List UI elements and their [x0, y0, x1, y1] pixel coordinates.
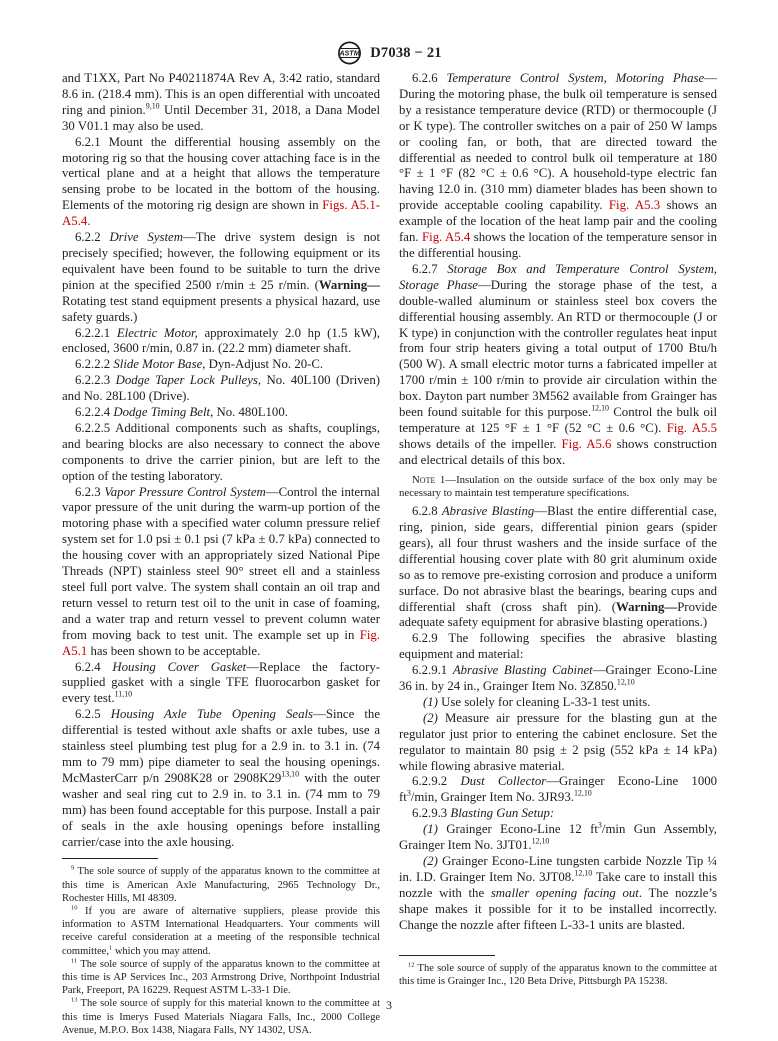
right-column: 6.2.6 Temperature Control System, Motori… — [399, 71, 717, 988]
right-footnotes-text: 12 The sole source of supply of the appa… — [399, 962, 717, 988]
figure-link[interactable]: Fig. A5.6 — [562, 437, 612, 451]
italic-run: Blasting Gun Setup: — [450, 806, 554, 820]
paragraph: 6.2.9.2 Dust Collector—Grainger Econo-Li… — [399, 774, 717, 806]
right-column-spacer — [399, 934, 717, 955]
italic-run: Electric Motor, — [117, 326, 198, 340]
two-column-body: and T1XX, Part No P40211874A Rev A, 3:42… — [62, 71, 717, 988]
page-number: 3 — [386, 998, 392, 1012]
text-run: shows details of the impeller. — [399, 437, 562, 451]
text-run: 6.2.9.1 — [412, 663, 453, 677]
text-run: No. 480L100. — [213, 405, 288, 419]
footnote: 11 The sole source of supply of the appa… — [62, 958, 380, 998]
italic-run: Dodge Timing Belt, — [113, 405, 213, 419]
bold-run: Warning— — [616, 600, 677, 614]
text-run: 6.2.9.3 — [412, 806, 450, 820]
superscript-ref: 12,10 — [574, 789, 592, 798]
page-footer: 3 — [0, 998, 778, 1013]
paragraph: 6.2.2.3 Dodge Taper Lock Pulleys, No. 40… — [62, 373, 380, 405]
footnote: 10 If you are aware of alternative suppl… — [62, 905, 380, 958]
document-page: ASTM D7038 − 21 and T1XX, Part No P40211… — [0, 0, 778, 1041]
text-run: 6.2.4 — [75, 660, 112, 674]
text-run: 6.2.9.2 — [412, 774, 460, 788]
text-run: —Insulation on the outside surface of th… — [399, 474, 717, 499]
text-run: 6.2.2.1 — [75, 326, 117, 340]
text-run: has been shown to be acceptable. — [87, 644, 260, 658]
superscript-ref: 12,10 — [532, 837, 550, 846]
paragraph: and T1XX, Part No P40211874A Rev A, 3:42… — [62, 71, 380, 135]
right-footnotes: 12 The sole source of supply of the appa… — [399, 955, 717, 988]
figure-link[interactable]: Fig. A5.5 — [667, 421, 717, 435]
italic-run: Housing Cover Gasket — [112, 660, 246, 674]
text-run: 6.2.7 — [412, 262, 447, 276]
text-run: Grainger Econo-Line 12 ft — [438, 822, 598, 836]
italic-run: (1) — [423, 695, 438, 709]
page-header: ASTM D7038 − 21 — [0, 40, 778, 66]
note: Note 1—Insulation on the outside surface… — [399, 474, 717, 500]
superscript-ref: 9,10 — [146, 102, 160, 111]
paragraph: 6.2.1 Mount the differential housing ass… — [62, 135, 380, 230]
paragraph: 6.2.2.1 Electric Motor, approximately 2.… — [62, 326, 380, 358]
italic-run: smaller opening facing out — [491, 886, 639, 900]
text-run: Rotating test stand equipment presents a… — [62, 294, 380, 324]
text-run: 6.2.6 — [412, 71, 446, 85]
footnote-rule — [62, 858, 158, 859]
italic-run: Temperature Control System, Motoring Pha… — [446, 71, 704, 85]
bold-run: Warning— — [319, 278, 380, 292]
text-run: The sole source of supply of the apparat… — [399, 963, 717, 987]
smallcaps-run: Note 1 — [412, 474, 445, 486]
superscript-ref: 12,10 — [617, 678, 635, 687]
footnote: 12 The sole source of supply of the appa… — [399, 962, 717, 988]
text-run: 6.2.8 — [412, 504, 442, 518]
figure-link[interactable]: Fig. A5.4 — [422, 230, 470, 244]
text-run: —During the storage phase of the test, a… — [399, 278, 717, 419]
astm-logo-text: ASTM — [339, 48, 361, 57]
paragraph: 6.2.5 Housing Axle Tube Opening Seals—Si… — [62, 707, 380, 850]
paragraph: 6.2.2 Drive System—The drive system desi… — [62, 230, 380, 325]
text-run: Use solely for cleaning L-33-1 test unit… — [438, 695, 651, 709]
italic-run: Dust Collector — [460, 774, 546, 788]
paragraph: (2) Grainger Econo-Line tungsten carbide… — [399, 854, 717, 934]
italic-run: Slide Motor Base, — [113, 357, 205, 371]
italic-run: Abrasive Blasting Cabinet — [453, 663, 593, 677]
paragraph: 6.2.6 Temperature Control System, Motori… — [399, 71, 717, 262]
paragraph: 6.2.7 Storage Box and Temperature Contro… — [399, 262, 717, 469]
italic-run: (2) — [423, 854, 438, 868]
paragraph: 6.2.2.2 Slide Motor Base, Dyn-Adjust No.… — [62, 357, 380, 373]
paragraph: (2) Measure air pressure for the blastin… — [399, 711, 717, 775]
footnote: 9 The sole source of supply of the appar… — [62, 865, 380, 905]
paragraph: 6.2.2.4 Dodge Timing Belt, No. 480L100. — [62, 405, 380, 421]
text-run: /min, Grainger Item No. 3JR93. — [411, 790, 574, 804]
paragraph: (1) Use solely for cleaning L-33-1 test … — [399, 695, 717, 711]
paragraph: 6.2.2.5 Additional components such as sh… — [62, 421, 380, 485]
text-run: 6.2.9 The following specifies the abrasi… — [399, 631, 717, 661]
italic-run: (2) — [423, 711, 438, 725]
text-run: Dyn-Adjust No. 20-C. — [205, 357, 323, 371]
left-column-text: and T1XX, Part No P40211874A Rev A, 3:42… — [62, 71, 380, 850]
italic-run: (1) — [423, 822, 438, 836]
standard-designation: D7038 − 21 — [370, 45, 441, 62]
superscript-ref: 13,10 — [281, 770, 299, 779]
text-run: 6.2.2.5 Additional components such as sh… — [62, 421, 380, 483]
italic-run: Housing Axle Tube Opening Seals — [111, 707, 313, 721]
text-run: 6.2.2.4 — [75, 405, 113, 419]
text-run: The sole source of supply of the apparat… — [62, 959, 380, 996]
astm-logo-icon: ASTM — [336, 40, 363, 66]
text-run: 6.2.3 — [75, 485, 104, 499]
paragraph: 6.2.8 Abrasive Blasting—Blast the entire… — [399, 504, 717, 631]
italic-run: Dodge Taper Lock Pulleys, — [116, 373, 261, 387]
superscript-ref: 12,10 — [574, 869, 592, 878]
right-column-text: 6.2.6 Temperature Control System, Motori… — [399, 71, 717, 934]
left-column-spacer — [62, 850, 380, 858]
italic-run: Abrasive Blasting — [442, 504, 534, 518]
footnote-rule — [399, 955, 495, 956]
text-run: Measure air pressure for the blasting gu… — [399, 711, 717, 773]
text-run: —Control the internal vapor pressure of … — [62, 485, 380, 642]
figure-link[interactable]: Fig. A5.3 — [609, 198, 660, 212]
left-column: and T1XX, Part No P40211874A Rev A, 3:42… — [62, 71, 380, 988]
italic-run: Drive System — [109, 230, 183, 244]
paragraph: 6.2.9 The following specifies the abrasi… — [399, 631, 717, 663]
superscript-ref: 12,10 — [591, 404, 609, 413]
text-run: 6.2.2 — [75, 230, 109, 244]
paragraph: 6.2.3 Vapor Pressure Control System—Cont… — [62, 485, 380, 660]
paragraph: (1) Grainger Econo-Line 12 ft3/min Gun A… — [399, 822, 717, 854]
paragraph: 6.2.4 Housing Cover Gasket—Replace the f… — [62, 660, 380, 708]
text-run: —Blast the entire differential case, rin… — [399, 504, 717, 613]
italic-run: Vapor Pressure Control System — [104, 485, 265, 499]
paragraph: 6.2.9.1 Abrasive Blasting Cabinet—Graing… — [399, 663, 717, 695]
text-run: 6.2.2.2 — [75, 357, 113, 371]
text-run: 6.2.5 — [75, 707, 111, 721]
text-run: 6.2.2.3 — [75, 373, 116, 387]
text-run: —During the motoring phase, the bulk oil… — [399, 71, 717, 212]
text-run: which you may attend. — [112, 946, 210, 957]
paragraph: 6.2.9.3 Blasting Gun Setup: — [399, 806, 717, 822]
superscript-ref: 11,10 — [115, 690, 133, 699]
text-run: The sole source of supply of the apparat… — [62, 866, 380, 903]
